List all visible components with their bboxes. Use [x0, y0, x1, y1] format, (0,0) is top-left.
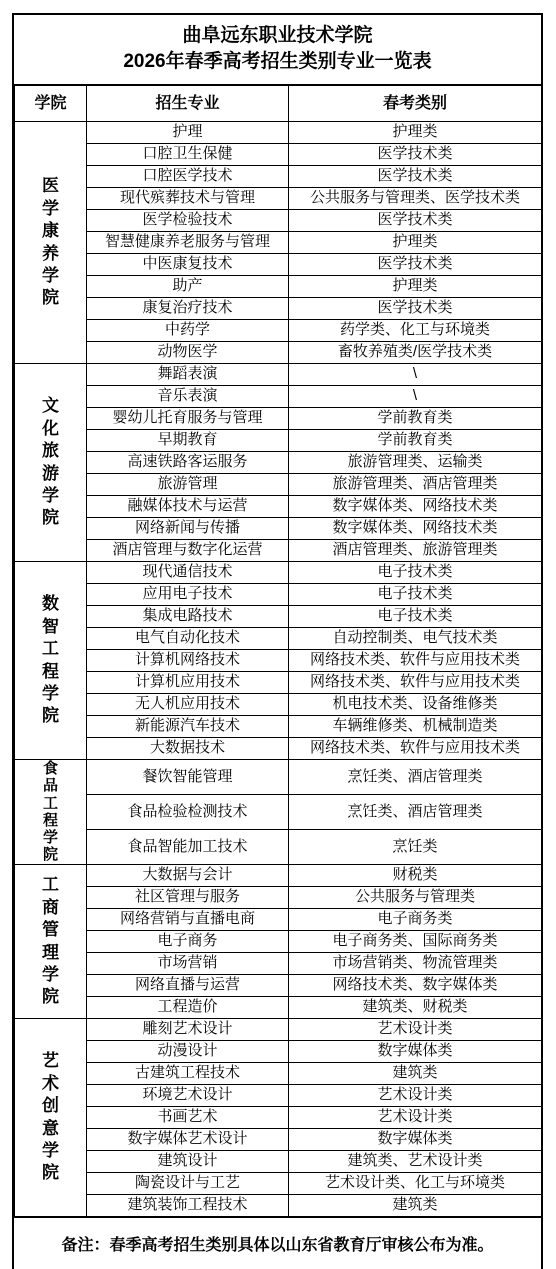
major-cell: 医学检验技术 — [87, 210, 289, 232]
category-cell: 烹饪类 — [289, 830, 542, 865]
college-title-line: 曲阜远东职业技术学院 — [14, 23, 541, 49]
major-cell: 音乐表演 — [87, 386, 289, 408]
college-name-cell: 文化旅游学院 — [15, 364, 87, 562]
college-name-cell: 艺术创意学院 — [15, 1019, 87, 1217]
table-row: 电气自动化技术自动控制类、电气技术类 — [15, 628, 542, 650]
table-row: 动漫设计数字媒体类 — [15, 1041, 542, 1063]
table-row: 中医康复技术医学技术类 — [15, 254, 542, 276]
category-cell: 学前教育类 — [289, 408, 542, 430]
table-row: 现代殡葬技术与管理公共服务与管理类、医学技术类 — [15, 188, 542, 210]
header-college: 学院 — [15, 86, 87, 122]
category-cell: 学前教育类 — [289, 430, 542, 452]
category-cell: 电子商务类 — [289, 909, 542, 931]
table-row: 无人机应用技术机电技术类、设备维修类 — [15, 694, 542, 716]
table-row: 医学检验技术医学技术类 — [15, 210, 542, 232]
major-cell: 环境艺术设计 — [87, 1085, 289, 1107]
category-cell: 财税类 — [289, 865, 542, 887]
major-cell: 市场营销 — [87, 953, 289, 975]
category-cell: 建筑类 — [289, 1195, 542, 1217]
table-header-row: 学院 招生专业 春考类别 — [15, 86, 542, 122]
category-cell: 护理类 — [289, 122, 542, 144]
major-cell: 护理 — [87, 122, 289, 144]
table-title: 曲阜远东职业技术学院 2026年春季高考招生类别专业一览表 — [14, 15, 541, 85]
majors-table: 学院 招生专业 春考类别 医学康养学院护理护理类口腔卫生保健医学技术类口腔医学技… — [14, 85, 542, 1217]
category-cell: 艺术设计类、化工与环境类 — [289, 1173, 542, 1195]
footer-note: 备注：春季高考招生类别具体以山东省教育厅审核公布为准。 — [61, 1232, 493, 1255]
major-cell: 动物医学 — [87, 342, 289, 364]
table-row: 婴幼儿托育服务与管理学前教育类 — [15, 408, 542, 430]
category-cell: 医学技术类 — [289, 166, 542, 188]
table-row: 计算机应用技术网络技术类、软件与应用技术类 — [15, 672, 542, 694]
table-row: 古建筑工程技术建筑类 — [15, 1063, 542, 1085]
major-cell: 集成电路技术 — [87, 606, 289, 628]
major-cell: 口腔卫生保健 — [87, 144, 289, 166]
table-row: 口腔卫生保健医学技术类 — [15, 144, 542, 166]
footer: 备注：春季高考招生类别具体以山东省教育厅审核公布为准。 — [14, 1217, 541, 1269]
category-cell: 旅游管理类、酒店管理类 — [289, 474, 542, 496]
category-cell: 护理类 — [289, 232, 542, 254]
category-cell: 车辆维修类、机械制造类 — [289, 716, 542, 738]
major-cell: 大数据技术 — [87, 738, 289, 760]
major-cell: 中药学 — [87, 320, 289, 342]
category-cell: 数字媒体类 — [289, 1041, 542, 1063]
table-row: 环境艺术设计艺术设计类 — [15, 1085, 542, 1107]
major-cell: 社区管理与服务 — [87, 887, 289, 909]
category-cell: 数字媒体类、网络技术类 — [289, 518, 542, 540]
table-row: 旅游管理旅游管理类、酒店管理类 — [15, 474, 542, 496]
category-cell: 艺术设计类 — [289, 1085, 542, 1107]
category-cell: 医学技术类 — [289, 298, 542, 320]
table-row: 电子商务电子商务类、国际商务类 — [15, 931, 542, 953]
major-cell: 无人机应用技术 — [87, 694, 289, 716]
college-name-cell: 食品工程学院 — [15, 760, 87, 865]
header-major: 招生专业 — [87, 86, 289, 122]
table-row: 市场营销市场营销类、物流管理类 — [15, 953, 542, 975]
table-body: 医学康养学院护理护理类口腔卫生保健医学技术类口腔医学技术医学技术类现代殡葬技术与… — [15, 122, 542, 1217]
category-cell: 烹饪类、酒店管理类 — [289, 760, 542, 795]
college-name-cell: 工商管理学院 — [15, 865, 87, 1019]
table-row: 书画艺术艺术设计类 — [15, 1107, 542, 1129]
category-cell: \ — [289, 386, 542, 408]
major-cell: 智慧健康养老服务与管理 — [87, 232, 289, 254]
table-row: 集成电路技术电子技术类 — [15, 606, 542, 628]
table-row: 融媒体技术与运营数字媒体类、网络技术类 — [15, 496, 542, 518]
major-cell: 舞蹈表演 — [87, 364, 289, 386]
major-cell: 大数据与会计 — [87, 865, 289, 887]
table-row: 建筑装饰工程技术建筑类 — [15, 1195, 542, 1217]
category-cell: 艺术设计类 — [289, 1107, 542, 1129]
table-row: 应用电子技术电子技术类 — [15, 584, 542, 606]
category-cell: 网络技术类、数字媒体类 — [289, 975, 542, 997]
table-row: 建筑设计建筑类、艺术设计类 — [15, 1151, 542, 1173]
college-name: 食品工程学院 — [41, 760, 60, 864]
category-cell: 畜牧养殖类/医学技术类 — [289, 342, 542, 364]
category-cell: 电子技术类 — [289, 562, 542, 584]
category-cell: 公共服务与管理类、医学技术类 — [289, 188, 542, 210]
category-cell: 电子技术类 — [289, 584, 542, 606]
table-row: 文化旅游学院舞蹈表演\ — [15, 364, 542, 386]
major-cell: 口腔医学技术 — [87, 166, 289, 188]
major-cell: 融媒体技术与运营 — [87, 496, 289, 518]
category-cell: 网络技术类、软件与应用技术类 — [289, 650, 542, 672]
category-cell: 护理类 — [289, 276, 542, 298]
table-row: 中药学药学类、化工与环境类 — [15, 320, 542, 342]
major-cell: 动漫设计 — [87, 1041, 289, 1063]
table-row: 数字媒体艺术设计数字媒体类 — [15, 1129, 542, 1151]
major-cell: 网络营销与直播电商 — [87, 909, 289, 931]
table-row: 早期教育学前教育类 — [15, 430, 542, 452]
major-cell: 电子商务 — [87, 931, 289, 953]
category-cell: 建筑类、财税类 — [289, 997, 542, 1019]
major-cell: 食品智能加工技术 — [87, 830, 289, 865]
major-cell: 建筑装饰工程技术 — [87, 1195, 289, 1217]
table-row: 医学康养学院护理护理类 — [15, 122, 542, 144]
table-row: 食品智能加工技术烹饪类 — [15, 830, 542, 865]
category-cell: 机电技术类、设备维修类 — [289, 694, 542, 716]
major-cell: 应用电子技术 — [87, 584, 289, 606]
major-cell: 现代殡葬技术与管理 — [87, 188, 289, 210]
table-row: 食品工程学院餐饮智能管理烹饪类、酒店管理类 — [15, 760, 542, 795]
table-row: 康复治疗技术医学技术类 — [15, 298, 542, 320]
major-cell: 助产 — [87, 276, 289, 298]
major-cell: 雕刻艺术设计 — [87, 1019, 289, 1041]
header-category: 春考类别 — [289, 86, 542, 122]
category-cell: 网络技术类、软件与应用技术类 — [289, 738, 542, 760]
major-cell: 工程造价 — [87, 997, 289, 1019]
table-row: 食品检验检测技术烹饪类、酒店管理类 — [15, 795, 542, 830]
college-name-cell: 医学康养学院 — [15, 122, 87, 364]
table-subtitle-line: 2026年春季高考招生类别专业一览表 — [14, 49, 541, 75]
category-cell: 网络技术类、软件与应用技术类 — [289, 672, 542, 694]
table-row: 数智工程学院现代通信技术电子技术类 — [15, 562, 542, 584]
category-cell: \ — [289, 364, 542, 386]
major-cell: 餐饮智能管理 — [87, 760, 289, 795]
table-row: 网络直播与运营网络技术类、数字媒体类 — [15, 975, 542, 997]
major-cell: 早期教育 — [87, 430, 289, 452]
enrollment-table-sheet: 曲阜远东职业技术学院 2026年春季高考招生类别专业一览表 学院 招生专业 春考… — [12, 13, 543, 1269]
category-cell: 药学类、化工与环境类 — [289, 320, 542, 342]
table-row: 大数据技术网络技术类、软件与应用技术类 — [15, 738, 542, 760]
major-cell: 高速铁路客运服务 — [87, 452, 289, 474]
table-row: 社区管理与服务公共服务与管理类 — [15, 887, 542, 909]
major-cell: 数字媒体艺术设计 — [87, 1129, 289, 1151]
category-cell: 艺术设计类 — [289, 1019, 542, 1041]
table-row: 助产护理类 — [15, 276, 542, 298]
major-cell: 网络直播与运营 — [87, 975, 289, 997]
major-cell: 新能源汽车技术 — [87, 716, 289, 738]
table-row: 网络新闻与传播数字媒体类、网络技术类 — [15, 518, 542, 540]
category-cell: 建筑类 — [289, 1063, 542, 1085]
table-row: 计算机网络技术网络技术类、软件与应用技术类 — [15, 650, 542, 672]
college-name: 数智工程学院 — [40, 593, 61, 728]
category-cell: 电子技术类 — [289, 606, 542, 628]
college-name: 工商管理学院 — [40, 874, 61, 1009]
college-name: 艺术创意学院 — [40, 1050, 61, 1185]
major-cell: 网络新闻与传播 — [87, 518, 289, 540]
college-name: 医学康养学院 — [40, 175, 61, 310]
major-cell: 计算机应用技术 — [87, 672, 289, 694]
major-cell: 现代通信技术 — [87, 562, 289, 584]
table-row: 工程造价建筑类、财税类 — [15, 997, 542, 1019]
category-cell: 公共服务与管理类 — [289, 887, 542, 909]
category-cell: 数字媒体类、网络技术类 — [289, 496, 542, 518]
category-cell: 医学技术类 — [289, 144, 542, 166]
major-cell: 婴幼儿托育服务与管理 — [87, 408, 289, 430]
category-cell: 医学技术类 — [289, 254, 542, 276]
table-row: 工商管理学院大数据与会计财税类 — [15, 865, 542, 887]
major-cell: 食品检验检测技术 — [87, 795, 289, 830]
category-cell: 自动控制类、电气技术类 — [289, 628, 542, 650]
category-cell: 电子商务类、国际商务类 — [289, 931, 542, 953]
table-row: 网络营销与直播电商电子商务类 — [15, 909, 542, 931]
major-cell: 电气自动化技术 — [87, 628, 289, 650]
major-cell: 计算机网络技术 — [87, 650, 289, 672]
major-cell: 中医康复技术 — [87, 254, 289, 276]
category-cell: 市场营销类、物流管理类 — [289, 953, 542, 975]
category-cell: 酒店管理类、旅游管理类 — [289, 540, 542, 562]
college-name-cell: 数智工程学院 — [15, 562, 87, 760]
major-cell: 酒店管理与数字化运营 — [87, 540, 289, 562]
category-cell: 烹饪类、酒店管理类 — [289, 795, 542, 830]
table-row: 高速铁路客运服务旅游管理类、运输类 — [15, 452, 542, 474]
major-cell: 康复治疗技术 — [87, 298, 289, 320]
table-row: 智慧健康养老服务与管理护理类 — [15, 232, 542, 254]
college-name: 文化旅游学院 — [40, 395, 61, 530]
major-cell: 建筑设计 — [87, 1151, 289, 1173]
table-row: 新能源汽车技术车辆维修类、机械制造类 — [15, 716, 542, 738]
table-row: 陶瓷设计与工艺艺术设计类、化工与环境类 — [15, 1173, 542, 1195]
category-cell: 医学技术类 — [289, 210, 542, 232]
major-cell: 书画艺术 — [87, 1107, 289, 1129]
page: 曲阜远东职业技术学院 2026年春季高考招生类别专业一览表 学院 招生专业 春考… — [0, 0, 556, 1269]
table-row: 艺术创意学院雕刻艺术设计艺术设计类 — [15, 1019, 542, 1041]
table-row: 音乐表演\ — [15, 386, 542, 408]
major-cell: 旅游管理 — [87, 474, 289, 496]
table-row: 动物医学畜牧养殖类/医学技术类 — [15, 342, 542, 364]
category-cell: 数字媒体类 — [289, 1129, 542, 1151]
table-row: 口腔医学技术医学技术类 — [15, 166, 542, 188]
major-cell: 古建筑工程技术 — [87, 1063, 289, 1085]
category-cell: 建筑类、艺术设计类 — [289, 1151, 542, 1173]
table-row: 酒店管理与数字化运营酒店管理类、旅游管理类 — [15, 540, 542, 562]
major-cell: 陶瓷设计与工艺 — [87, 1173, 289, 1195]
category-cell: 旅游管理类、运输类 — [289, 452, 542, 474]
